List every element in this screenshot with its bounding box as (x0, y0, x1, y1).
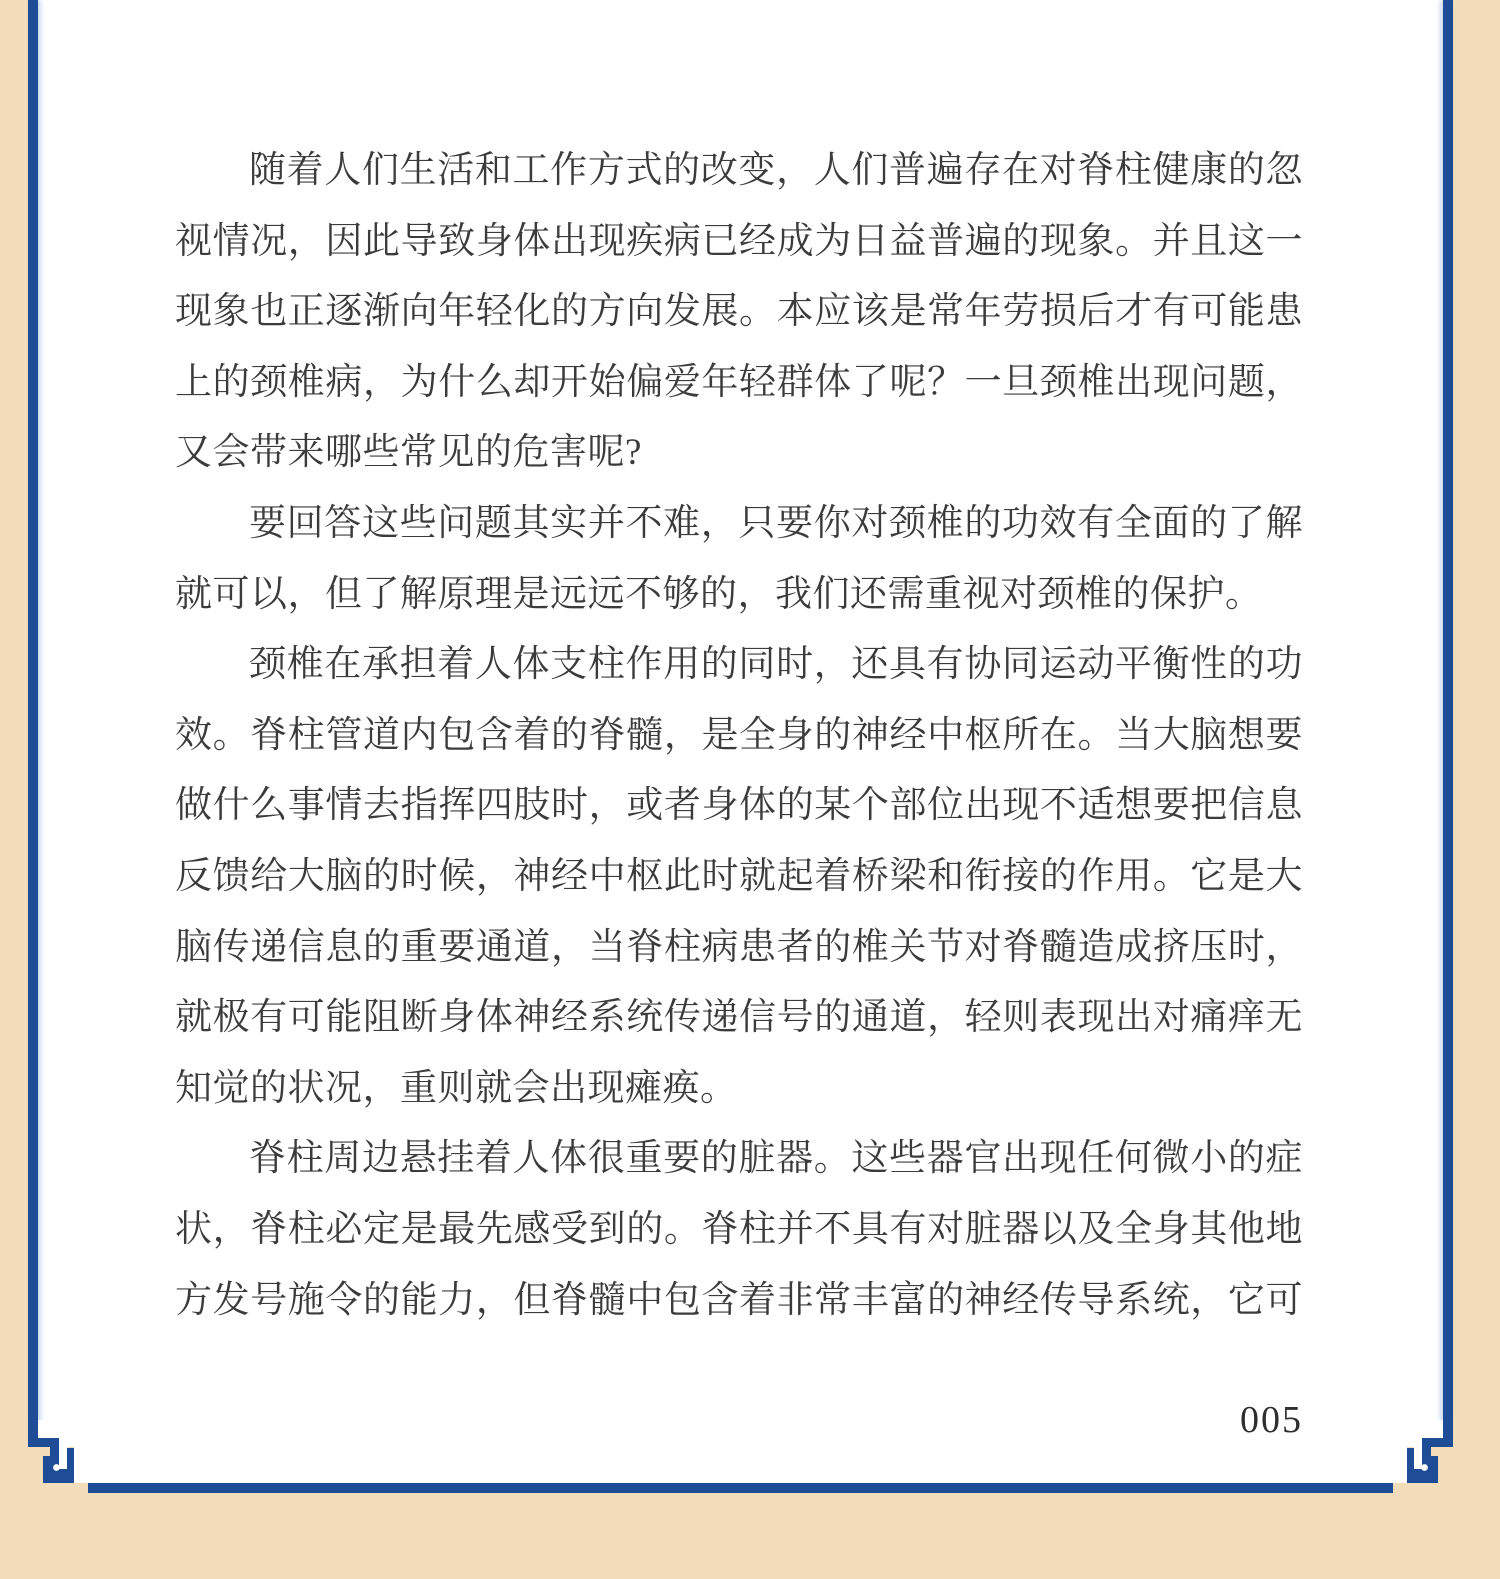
frame-bottom-border (73, 1483, 1408, 1493)
text-line: 脊柱周边悬挂着人体很重要的脏器。这些器官出现任何微小的症 (175, 1124, 1303, 1195)
text-line: 就极有可能阻断身体神经系统传递信号的通道，轻则表现出对痛痒无 (175, 983, 1303, 1054)
text-line: 随着人们生活和工作方式的改变，人们普遍存在对脊柱健康的忽 (175, 136, 1303, 207)
text-line: 又会带来哪些常见的危害呢? (175, 418, 1303, 489)
frame-left-border (28, 0, 38, 1447)
text-line: 脑传递信息的重要通道，当脊柱病患者的椎关节对脊髓造成挤压时， (175, 913, 1303, 984)
text-line: 状，脊柱必定是最先感受到的。脊柱并不具有对脏器以及全身其他地 (175, 1195, 1303, 1266)
text-line: 上的颈椎病，为什么却开始偏爱年轻群体了呢？一旦颈椎出现问题， (175, 348, 1303, 419)
text-line: 要回答这些问题其实并不难，只要你对颈椎的功效有全面的了解 (175, 489, 1303, 560)
body-text: 随着人们生活和工作方式的改变，人们普遍存在对脊柱健康的忽 视情况，因此导致身体出… (175, 136, 1303, 1336)
corner-ornament-icon (1393, 1420, 1473, 1500)
text-line: 反馈给大脑的时候，神经中枢此时就起着桥梁和衔接的作用。它是大 (175, 842, 1303, 913)
corner-ornament-icon (8, 1420, 88, 1500)
text-line: 知觉的状况，重则就会出现瘫痪。 (175, 1054, 1303, 1125)
text-line: 视情况，因此导致身体出现疾病已经成为日益普遍的现象。并且这一 (175, 207, 1303, 278)
text-line: 现象也正逐渐向年轻化的方向发展。本应该是常年劳损后才有可能患 (175, 277, 1303, 348)
text-line: 效。脊柱管道内包含着的脊髓，是全身的神经中枢所在。当大脑想要 (175, 701, 1303, 772)
text-line: 方发号施令的能力，但脊髓中包含着非常丰富的神经传导系统，它可 (175, 1266, 1303, 1337)
text-line: 颈椎在承担着人体支柱作用的同时，还具有协同运动平衡性的功 (175, 630, 1303, 701)
page-number: 005 (1240, 1398, 1303, 1442)
text-line: 做什么事情去指挥四肢时，或者身体的某个部位出现不适想要把信息 (175, 771, 1303, 842)
text-line: 就可以，但了解原理是远远不够的，我们还需重视对颈椎的保护。 (175, 560, 1303, 631)
frame-right-border (1443, 0, 1453, 1447)
